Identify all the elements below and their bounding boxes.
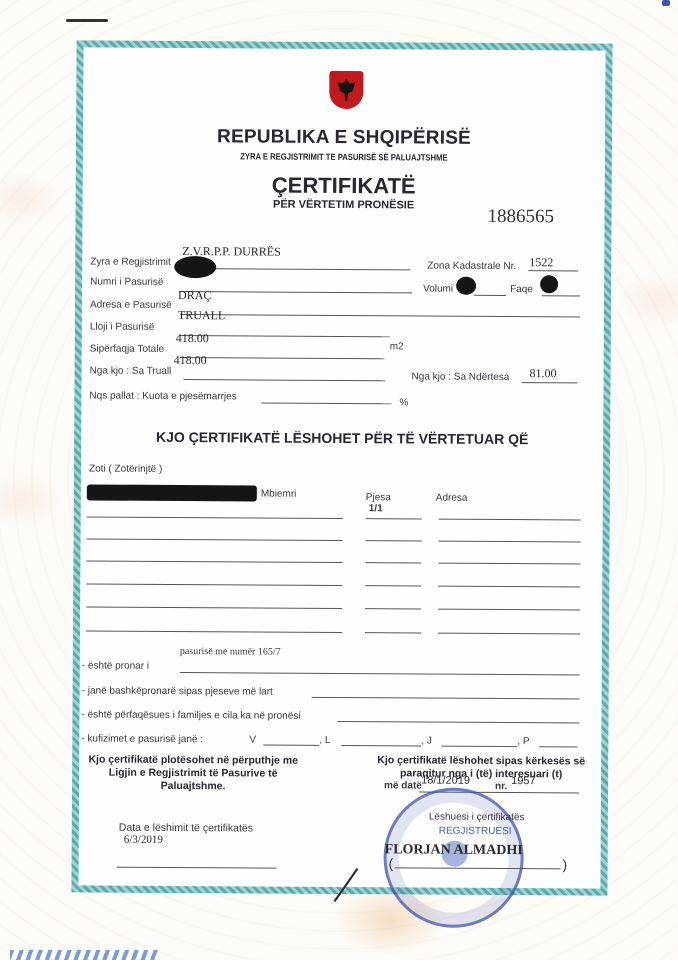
issuer-role: REGJISTRUESI [439,826,512,837]
issue-date-value: 6/3/2019 [124,834,163,846]
country-title: REPUBLIKA E SHQIPËRISË [83,125,605,150]
owner-row-line [438,586,580,588]
redacted-volume [456,277,476,295]
request-no-label: nr. [495,781,507,792]
pen-mark [66,19,108,22]
page-label: Faqe [510,284,533,295]
redacted-page [540,275,558,293]
area-unit: m2 [390,341,404,352]
albania-emblem-icon [329,71,363,109]
owner-row-line [87,516,343,519]
field-line [180,357,385,359]
bracket-left: ( [389,855,394,871]
issuer-label: Lëshuesi i çertifikatës [429,812,525,824]
boundary-p-label: , P [517,736,529,747]
issuer-name: FLORJAN ALMADHI [385,842,523,859]
owner-row-line [438,609,580,611]
boundary-v-label: V [249,734,256,745]
section-title: KJO ÇERTIFIKATË LËSHOHET PËR TË VËRTETUA… [81,428,603,447]
owner-row-line [86,583,342,586]
field-line [261,403,391,405]
redacted-property-number [174,256,216,278]
quota-unit: % [399,397,408,408]
property-number-note: pasurisë me numër 165/7 [180,646,281,658]
land-area-value: 418.00 [174,353,207,368]
field-line [263,745,319,746]
owner-row-line [365,585,421,586]
type-label: Lloji i Pasurisë [90,321,155,332]
building-area-value: 81.00 [530,366,557,381]
column-share: Pjesa [366,492,391,503]
field-line [184,379,386,381]
owner-row-line [366,540,422,541]
co-owner-statement: - janë bashkëpronarë sipas pjeseve më la… [82,685,273,697]
owner-share-value: 1/1 [369,503,383,514]
cadastral-zone-value: 1522 [529,255,553,270]
security-strip [10,950,160,960]
boundary-l-label: , L [319,735,330,746]
field-line [528,270,578,271]
office-subtitle: ZYRA E REGJISTRIMIT TE PASURISË SË PALUA… [122,151,566,164]
boundary-j-label: , J [421,735,432,746]
signature-line [117,867,277,869]
land-area-label: Nga kjo : Sa Truall [90,365,172,376]
owner-table-lines [84,47,606,50]
address-label: Adresa e Pasurisë [90,299,172,310]
law-note: Kjo çertifikatë plotësohet në përputhje … [79,753,307,793]
field-line [474,295,506,296]
total-area-label: Sipërfaqja Totale [90,343,164,354]
field-line [312,697,580,700]
redacted-owner-name [87,484,257,501]
registry-office-label: Zyra e Regjistrimit [90,256,171,267]
owner-row-line [439,541,581,543]
column-address: Adresa [436,493,468,504]
owner-row-line [366,518,422,519]
owner-row-line [86,630,342,633]
owner-statement: - është pronar i [82,660,149,671]
field-line [539,746,577,747]
owner-row-line [87,538,343,541]
owner-row-line [86,560,342,563]
request-no-value: 1957 [511,775,536,787]
request-date-value: 18/1/2019 [421,774,470,786]
total-area-value: 418.00 [176,331,209,346]
field-line [180,335,390,337]
column-surname: Mbiemri [261,489,297,500]
owner-row-line [439,519,581,521]
owner-row-line [365,608,421,609]
certificate-number: 1886565 [487,206,554,228]
certificate-document: REPUBLIKA E SHQIPËRISË ZYRA E REGJISTRIM… [71,40,612,895]
field-line [337,721,579,723]
field-line [542,295,580,296]
quota-label: Nqs pallat : Kuota e pjesëmarrjes [89,390,236,402]
owner-row-line [365,632,421,633]
field-line [180,672,580,675]
field-line [522,382,578,383]
owner-row-line [438,563,580,565]
volume-label: Volumi [423,283,453,294]
owner-row-line [438,633,580,635]
certificate-title: ÇERTIFIKATË [83,171,605,200]
bracket-right: ) [563,856,568,872]
property-number-label: Numri i Pasurisë [90,276,163,287]
ink-mark [662,0,670,6]
family-rep-statement: - është përfaqësues i familjes e cila ka… [81,709,300,721]
field-line [180,314,580,317]
owner-row-line [365,562,421,563]
request-date-label: më datë [384,780,422,791]
owner-row-line [86,606,342,609]
address-value: DRAÇ [178,288,211,303]
owner-label: Zoti ( Zotërinjtë ) [89,463,162,474]
building-area-label: Nga kjo : Sa Ndërtesa [412,371,510,383]
field-line [180,291,412,293]
field-line [341,745,421,746]
boundaries-statement: - kufizimet e pasurisë janë : [81,733,203,745]
issue-date-label: Data e lëshimit të çertifikatës [119,822,253,835]
type-value: TRUALL [178,308,225,323]
cadastral-zone-label: Zona Kadastrale Nr. [427,261,516,273]
field-line [441,746,517,747]
